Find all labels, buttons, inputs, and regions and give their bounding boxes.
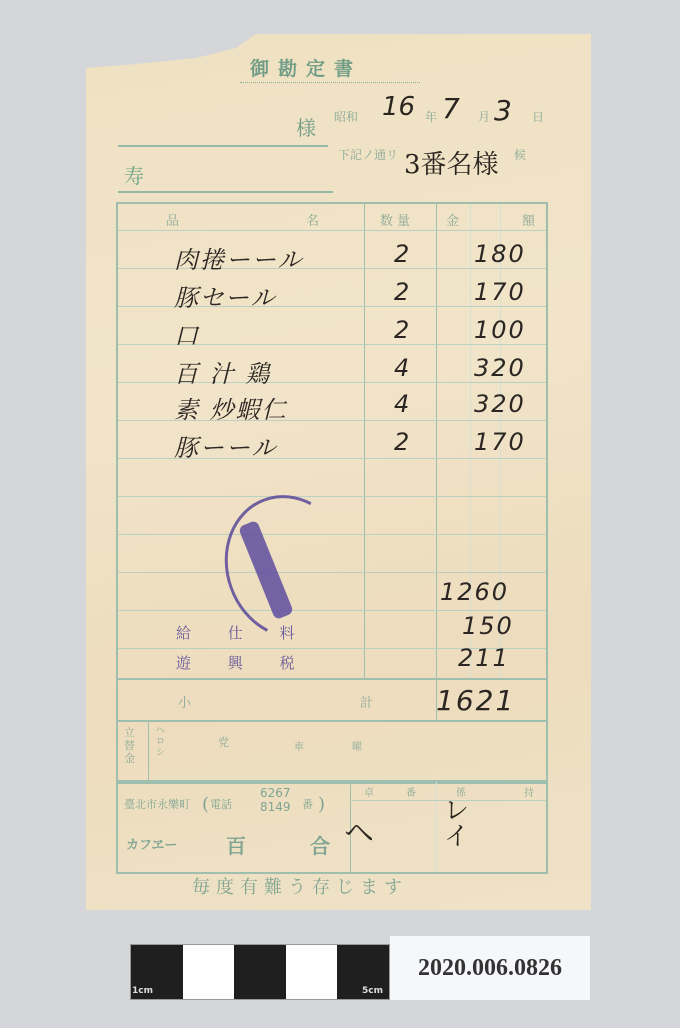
shop-footer: 臺北市永樂町 ( 電話 6267 8149 番 ) カフヱー 百 合 卓 番 係…: [116, 782, 548, 874]
subtitle-end-label: 候: [514, 146, 526, 163]
col-divider-name: [364, 204, 365, 678]
service-charge-label: 給 仕 料: [176, 622, 311, 643]
paren-close: ): [318, 794, 325, 815]
customer-hand: 3番名様: [404, 144, 499, 181]
date-day-hand: 3: [494, 94, 512, 127]
advance-label: 立替金: [124, 726, 138, 765]
phone-number-2: 8149: [260, 800, 291, 814]
shop-name-1: 百: [226, 830, 246, 859]
item-name: 口: [174, 316, 200, 351]
item-amount: 170: [474, 428, 526, 456]
item-qty: 4: [394, 390, 409, 418]
total-amount: 1621: [436, 684, 515, 717]
phone-label: 電話: [210, 796, 232, 812]
era-label: 昭和: [334, 108, 358, 125]
hand-mark-2: レイ: [436, 796, 473, 848]
entertainment-tax-amount: 211: [458, 644, 510, 672]
header-name-right: 名: [306, 210, 319, 229]
date-year-hand: 16: [382, 92, 415, 122]
thanks-message: 毎度有難う存じます: [192, 873, 408, 899]
scale-block: [183, 945, 235, 999]
phone-number-1: 6267: [260, 786, 291, 800]
advance-divider: [148, 720, 149, 782]
honorific-label: 様: [296, 112, 316, 141]
item-name: 豚ーール: [174, 428, 278, 463]
amount-guide: [470, 204, 471, 678]
col-divider-qty: [436, 204, 437, 720]
scale-label-1cm: 1cm: [132, 986, 153, 996]
year-label: 年: [425, 108, 437, 125]
item-amount: 170: [474, 278, 526, 306]
shop-prefix: カフヱー: [126, 834, 177, 853]
stub-col-number: 番: [406, 784, 416, 799]
stub-col-hold: 持: [524, 784, 534, 799]
header-amount-left: 金: [446, 210, 459, 229]
customer-line-2: [118, 191, 333, 193]
items-table: 品 名 数量 金 額 肉捲ーール 2 180 豚セール 2 170 口 2 10…: [116, 202, 548, 782]
header-amount-right: 額: [522, 210, 535, 229]
item-qty: 2: [394, 240, 409, 268]
advance-col-3: 曜: [352, 738, 362, 753]
item-qty: 2: [394, 316, 409, 344]
hand-mark-1: ヘ: [344, 808, 374, 852]
customer-line-1: [118, 145, 328, 147]
header-name-left: 品: [166, 210, 179, 229]
item-amount: 320: [474, 354, 526, 382]
item-qty: 4: [394, 354, 409, 382]
total-label-right: 計: [360, 692, 373, 711]
month-label: 月: [478, 108, 490, 125]
pre-subtotal-amount: 1260: [440, 578, 509, 606]
shop-address: 臺北市永樂町: [124, 796, 190, 812]
phone-suffix: 番: [302, 796, 313, 812]
entertainment-tax-label: 遊 興 税: [176, 652, 311, 673]
service-charge-amount: 150: [462, 612, 514, 640]
day-label: 日: [532, 108, 544, 125]
item-amount: 100: [474, 316, 526, 344]
item-name: 肉捲ーール: [174, 240, 304, 275]
date-month-hand: 7: [442, 92, 460, 125]
advance-sub-label: ヘロシ: [156, 726, 166, 759]
header-qty: 数量: [380, 210, 414, 229]
title-underline: [240, 82, 420, 83]
row-line: [118, 496, 546, 497]
receipt-title: 御勘定書: [250, 54, 362, 81]
item-name: 百 汁 鶏: [174, 354, 271, 389]
item-qty: 2: [394, 428, 409, 456]
stub-col-table: 卓: [364, 784, 374, 799]
item-qty: 2: [394, 278, 409, 306]
item-amount: 320: [474, 390, 526, 418]
scale-block: [286, 945, 338, 999]
advance-line: [118, 720, 546, 722]
total-label-left: 小: [178, 692, 191, 711]
customer-mark: 寿: [124, 160, 144, 189]
subtitle-label: 下記ノ通リ: [338, 146, 398, 163]
row-line: [118, 230, 546, 231]
measurement-scale: [130, 944, 390, 1000]
advance-col-1: 党: [218, 734, 229, 750]
shop-name-2: 合: [310, 830, 330, 859]
advance-col-2: 車: [294, 738, 304, 753]
item-name: 豚セール: [174, 278, 277, 313]
subtotal-line: [118, 678, 546, 680]
paren-open: (: [202, 794, 209, 815]
item-amount: 180: [474, 240, 526, 268]
accession-number-label: 2020.006.0826: [390, 936, 590, 1000]
scale-label-5cm: 5cm: [362, 986, 383, 996]
item-name: 素 炒蝦仁: [174, 390, 288, 425]
scale-block: [234, 945, 286, 999]
